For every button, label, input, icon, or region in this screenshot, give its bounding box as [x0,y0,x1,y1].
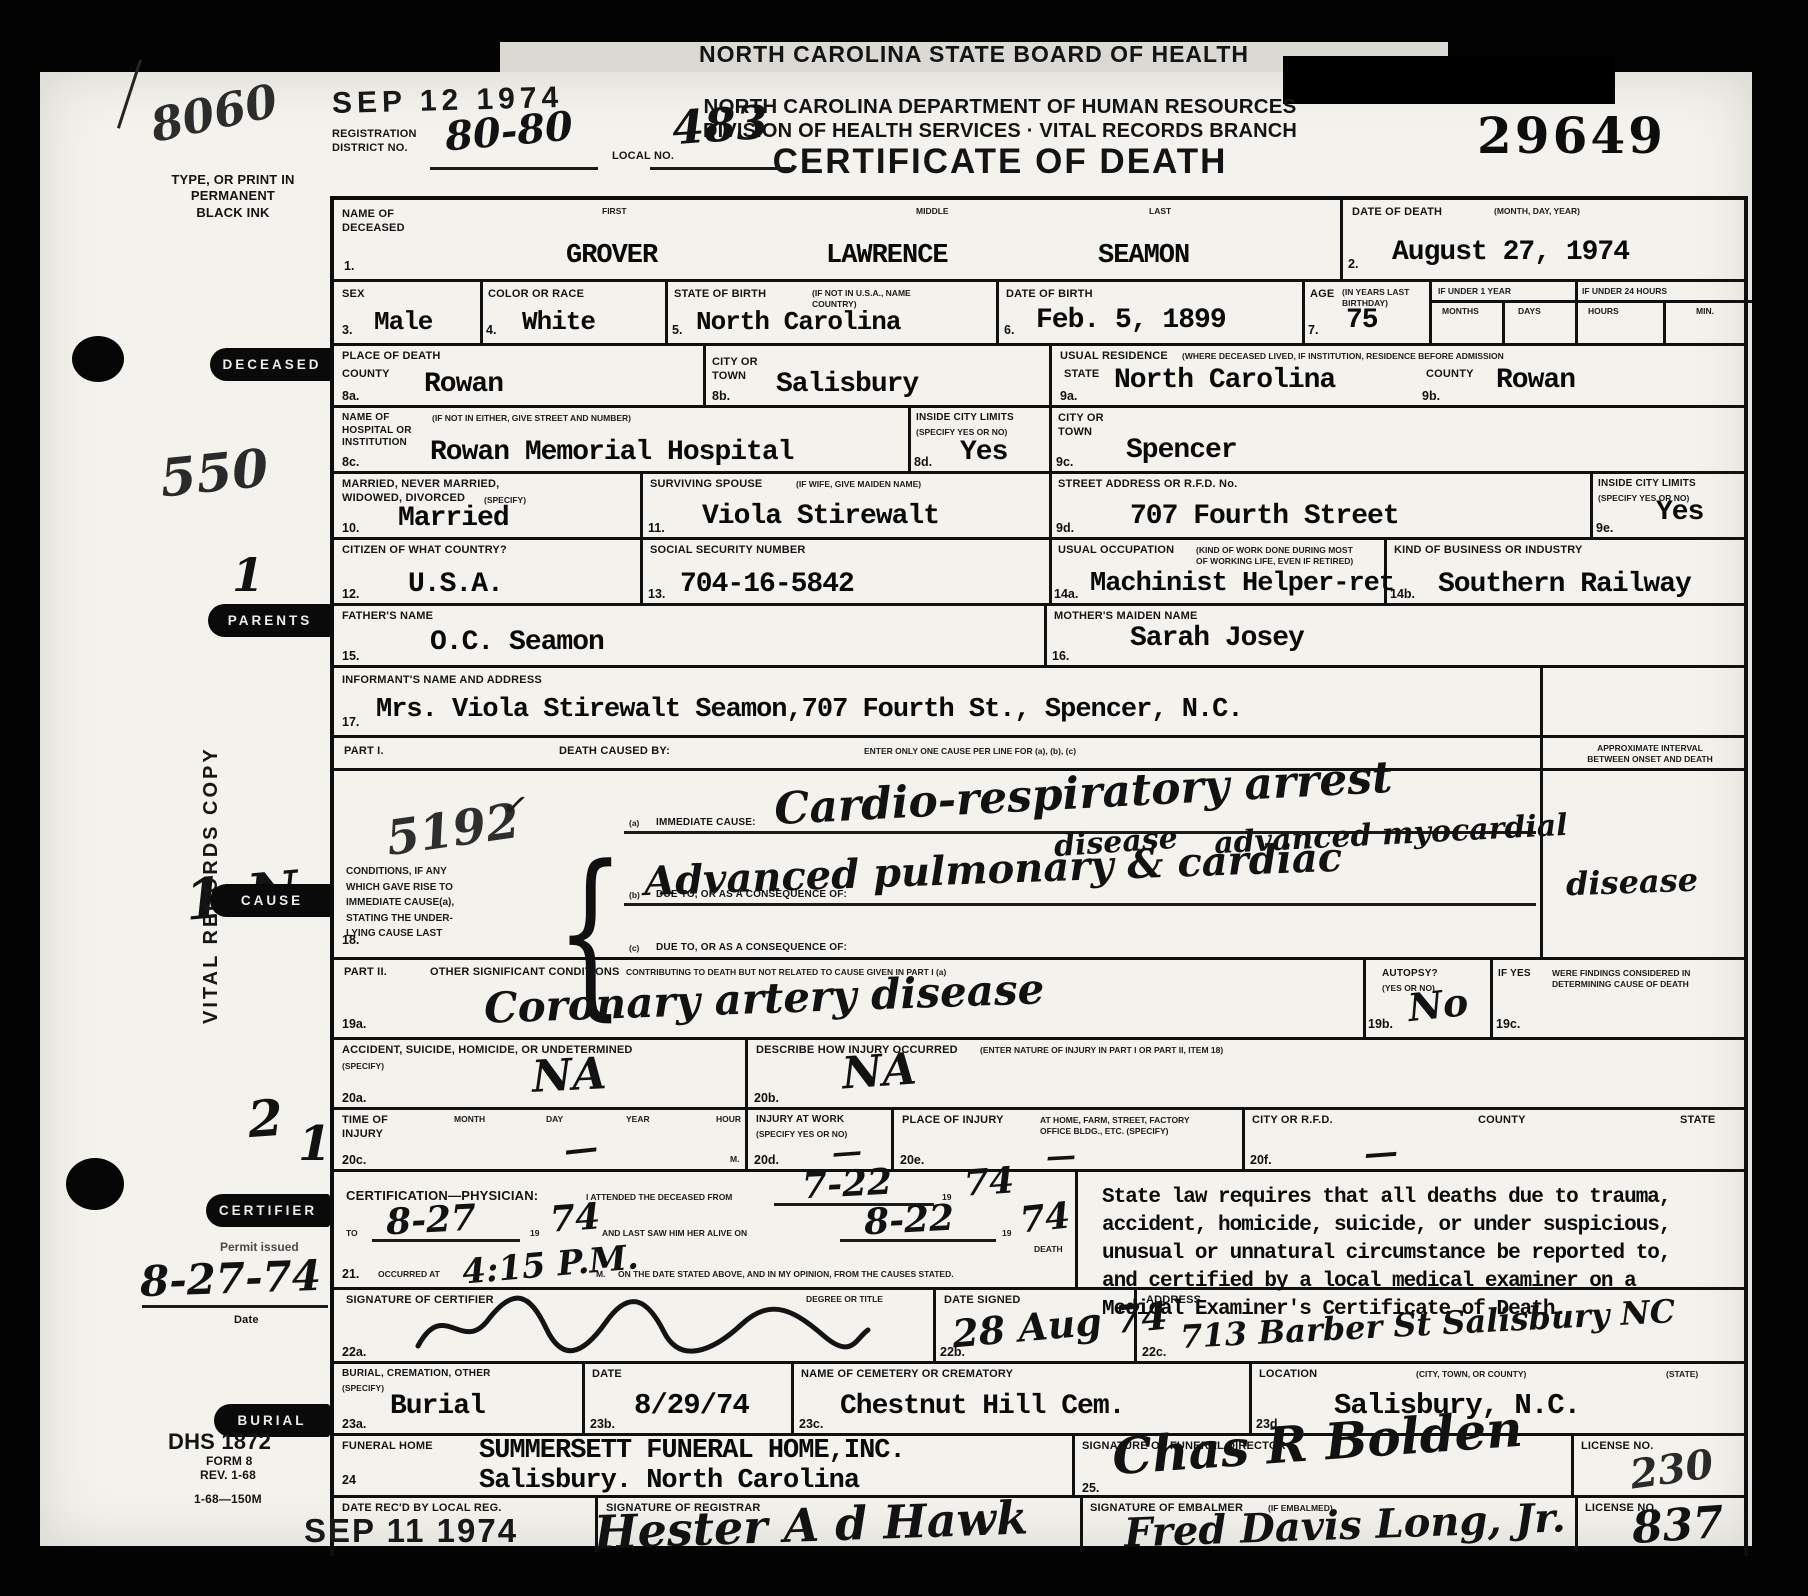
row-part2: PART II. OTHER SIGNIFICANT CONDITIONS CO… [334,960,1744,1040]
sex-label: SEX [342,288,365,302]
surviving-spouse-label: SURVIVING SPOUSE [650,478,762,492]
middle-label: MIDDLE [916,206,949,217]
local-no-underline [650,128,790,170]
cell-border [1044,606,1047,665]
row-funeral-home: FUNERAL HOME 24 SUMMERSETT FUNERAL HOME,… [334,1436,1744,1498]
occurred-at-value: 4:15 P.M. [461,1240,640,1289]
death-caused-by-label: DEATH CAUSED BY: [559,745,670,759]
if-under-1-year-label: IF UNDER 1 YEAR [1438,286,1511,297]
place-of-injury-label: PLACE OF INJURY [902,1114,1004,1128]
months-label: MONTHS [1442,306,1479,317]
cell-border [1429,282,1432,343]
item-8b-number: 8b. [712,390,730,403]
form-code-rev: REV. 1-68 [200,1468,256,1483]
hospital-sublabel: (IF NOT IN EITHER, GIVE STREET AND NUMBE… [432,413,631,424]
date-of-death-label: DATE OF DEATH [1352,206,1442,220]
item-1-number: 1. [344,260,354,273]
item-20c-number: 20c. [342,1154,366,1167]
type-print-note: TYPE, OR PRINT IN PERMANENT BLACK INK [150,172,316,221]
enter-one-cause-note: ENTER ONLY ONE CAUSE PER LINE FOR (a), (… [864,746,1076,757]
due-to-c-label: DUE TO, OR AS A CONSEQUENCE OF: [656,942,847,955]
item-8c-number: 8c. [342,456,359,469]
date-of-death-sublabel: (MONTH, DAY, YEAR) [1494,206,1580,217]
item-12-number: 12. [342,588,359,601]
describe-injury-sublabel: (ENTER NATURE OF INJURY IN PART I OR PAR… [980,1045,1223,1056]
injury-at-work-label: INJURY AT WORK [756,1114,844,1127]
burial-specify-sublabel: (SPECIFY) [342,1383,384,1394]
funeral-home-label: FUNERAL HOME [342,1440,433,1454]
last-name-value: SEAMON [1098,242,1189,272]
tab-deceased: DECEASED [210,348,334,381]
cell-border [1540,668,1543,735]
degree-or-title-label: DEGREE OR TITLE [806,1294,883,1305]
occupation-value: Machinist Helper-ret [1090,570,1394,600]
tab-cause: CAUSE [210,884,334,917]
item-9b-number: 9b. [1422,390,1440,403]
citizen-label: CITIZEN OF WHAT COUNTRY? [342,544,507,558]
inside-city-limits-9e-label: INSIDE CITY LIMITS [1598,478,1696,491]
cell-border [1075,1172,1078,1287]
race-value: White [522,308,595,337]
received-stamp-bottom: SEP 11 1974 [304,1514,518,1547]
conditions-note: CONDITIONS, IF ANY WHICH GAVE RISE TO IM… [346,864,454,942]
residence-county-value: Rowan [1496,366,1575,397]
cell-border [933,1290,936,1361]
item-2-number: 2. [1348,258,1358,271]
informant-value: Mrs. Viola Stirewalt Seamon,707 Fourth S… [376,696,1243,726]
industry-label: KIND OF BUSINESS OR INDUSTRY [1394,544,1583,558]
county-label: COUNTY [342,368,390,382]
cell-border [791,1364,794,1433]
middle-name-value: LAWRENCE [826,242,948,272]
part1-label: PART I. [344,745,384,759]
item-9e-number: 9e. [1596,522,1613,535]
fathers-name-value: O.C. Seamon [430,628,604,659]
item-14b-number: 14b. [1390,588,1415,601]
surviving-spouse-sublabel: (IF WIFE, GIVE MAIDEN NAME) [796,479,921,490]
date-of-death-value: August 27, 1974 [1392,238,1629,269]
row-informant: INFORMANT'S NAME AND ADDRESS 17. Mrs. Vi… [334,668,1744,738]
item-14a-number: 14a. [1054,588,1078,601]
vital-records-copy-label: VITAL RECORDS COPY [200,688,223,1024]
marital-status-label: MARRIED, NEVER MARRIED, WIDOWED, DIVORCE… [342,478,499,506]
item-19a-number: 19a. [342,1018,366,1031]
hospital-value: Rowan Memorial Hospital [430,438,793,469]
to-value: 8-27 [385,1200,477,1241]
autopsy-value: No [1406,983,1470,1027]
row-sex-race-birth: SEX 3. Male COLOR OR RACE 4. White STATE… [334,282,1744,346]
item-11-number: 11. [648,522,665,535]
burial-cremation-label: BURIAL, CREMATION, OTHER [342,1368,491,1381]
autopsy-label: AUTOPSY? [1382,968,1438,981]
certificate-form: NAME OF DECEASED FIRST MIDDLE LAST 1. GR… [330,196,1748,1556]
item-8d-number: 8d. [914,456,932,469]
residence-county-label: COUNTY [1426,368,1474,382]
city-or-town-label: CITY OR TOWN [712,356,758,384]
street-address-value: 707 Fourth Street [1130,502,1399,533]
accident-value: NA [531,1052,608,1100]
describe-injury-value: NA [841,1047,918,1096]
cell-border [1363,960,1366,1037]
location-label: LOCATION [1259,1368,1317,1382]
registration-underline [430,130,598,170]
residence-state-label: STATE [1064,368,1099,382]
other-conditions-label: OTHER SIGNIFICANT CONDITIONS [430,966,620,980]
item-19b-number: 19b. [1368,1018,1393,1031]
surviving-spouse-value: Viola Stirewalt [702,502,939,533]
inside-city-limits-8d-value: Yes [960,438,1007,469]
embalmer-signature: Fred Davis Long, Jr. [1123,1498,1566,1553]
item-4-number: 4. [486,324,496,337]
day-label: DAY [546,1114,563,1125]
item-7-number: 7. [1308,324,1318,337]
item-9a-number: 9a. [1060,390,1077,403]
cell-border [1571,1436,1574,1495]
margin-code-2: 2 [246,1093,284,1145]
first-name-value: GROVER [566,242,657,272]
marital-status-value: Married [398,504,509,535]
ssn-value: 704-16-5842 [680,570,854,601]
meridiem-label-2: M. [596,1269,605,1280]
margin-code-550: 550 [158,442,271,505]
last-saw-year: 74 [1018,1197,1072,1238]
item-22c-number: 22c. [1142,1346,1166,1359]
row-citizen-ssn: CITIZEN OF WHAT COUNTRY? 12. U.S.A. SOCI… [334,540,1744,606]
cell-border [1049,346,1052,405]
cell-border [745,1110,748,1169]
name-of-deceased-label: NAME OF DECEASED [342,208,405,236]
state-of-birth-label: STATE OF BIRTH [674,288,766,302]
sub-header-line [1429,300,1752,303]
injury-time-dash: — [562,1130,599,1167]
residence-city-value: Spencer [1126,436,1237,467]
injury-county-label: COUNTY [1478,1114,1526,1128]
cell-border [1302,282,1305,343]
cell-border [703,346,706,405]
mothers-maiden-name-label: MOTHER'S MAIDEN NAME [1054,610,1198,624]
part2-label: PART II. [344,966,387,980]
cell-border [996,282,999,343]
attended-from-year: 74 [963,1162,1015,1201]
funeral-home-value: SUMMERSETT FUNERAL HOME,INC. Salisbury. … [479,1436,905,1496]
embalmer-license-value: 837 [1631,1501,1726,1551]
cell-border [745,1040,748,1107]
item-24-number: 24 [342,1474,356,1487]
row-certifier-signature: SIGNATURE OF CERTIFIER 22a. DEGREE OR TI… [334,1290,1744,1364]
burial-date-value: 8/29/74 [634,1390,749,1422]
death-certificate-scan: NORTH CAROLINA STATE BOARD OF HEALTH SEP… [0,0,1808,1596]
death-city-value: Salisbury [776,370,918,401]
cell-border [1590,474,1593,537]
address-label: ADDRESS [1146,1294,1201,1308]
death-word-label: DEATH [1034,1244,1063,1255]
certifier-signature-scribble [404,1292,874,1360]
residence-city-label: CITY OR TOWN [1058,412,1104,440]
place-of-injury-dash: — [1045,1141,1077,1173]
ssn-label: SOCIAL SECURITY NUMBER [650,544,806,558]
cell-border [1502,300,1505,343]
occupation-sublabel: (KIND OF WORK DONE DURING MOST OF WORKIN… [1196,545,1353,566]
cell-border [1663,300,1666,343]
margin-code-1: 1 [232,552,264,598]
line-c-letter: (c) [629,943,639,954]
item-9c-number: 9c. [1056,456,1073,469]
hole-punch-top [72,336,124,382]
form-code-run: 1-68—150M [194,1492,262,1507]
street-address-label: STREET ADDRESS OR R.F.D. No. [1058,478,1237,492]
city-or-rfd-label: CITY OR R.F.D. [1252,1114,1333,1128]
row-injury-time: TIME OF INJURY MONTH DAY YEAR HOUR 20c. … [334,1110,1744,1172]
days-label: DAYS [1518,306,1541,317]
death-county-value: Rowan [424,370,503,401]
row-name: NAME OF DECEASED FIRST MIDDLE LAST 1. GR… [334,200,1744,282]
row-hospital: NAME OF HOSPITAL OR INSTITUTION (IF NOT … [334,408,1744,474]
state-of-birth-value: North Carolina [696,308,900,337]
cell-border [1072,1436,1075,1495]
margin-code-cert-1: 1 [298,1120,331,1168]
occurred-at-label: OCCURRED AT [378,1269,440,1280]
row-accident: ACCIDENT, SUICIDE, HOMICIDE, OR UNDETERM… [334,1040,1744,1110]
address-value: 713 Barber St Salisbury NC [1180,1295,1676,1353]
item-10-number: 10. [342,522,359,535]
item-20b-number: 20b. [754,1092,779,1105]
if-yes-label: IF YES [1498,968,1531,981]
form-code-dhs: DHS 1872 [168,1428,271,1456]
row-part1-cause: PART I. DEATH CAUSED BY: ENTER ONLY ONE … [334,738,1744,960]
cell-border [640,540,643,603]
date-of-birth-value: Feb. 5, 1899 [1036,306,1226,337]
cemetery-label: NAME OF CEMETERY OR CREMATORY [801,1368,1013,1382]
certificate-serial-number: 29649 [1477,106,1666,165]
industry-value: Southern Railway [1438,570,1691,601]
item-5-number: 5. [672,324,682,337]
item-16-number: 16. [1052,650,1069,663]
due-to-b-overflow-1: disease [1053,824,1179,863]
item-20a-number: 20a. [342,1092,366,1105]
first-label: FIRST [602,206,627,217]
month-label: MONTH [454,1114,485,1125]
cell-border [908,408,911,471]
cell-border [891,1110,894,1169]
year19-2: 19 [530,1228,539,1239]
residence-state-value: North Carolina [1114,366,1335,397]
sex-value: Male [374,308,432,337]
item-20e-number: 20e. [900,1154,924,1167]
hour-label: HOUR [716,1114,741,1125]
item-9d-number: 9d. [1056,522,1074,535]
to-year: 74 [549,1198,601,1237]
item-15-number: 15. [342,650,359,663]
check-mark: ✓ [499,784,531,825]
item-8a-number: 8a. [342,390,359,403]
item-21-number: 21. [342,1268,359,1281]
inside-city-limits-9e-value: Yes [1656,498,1703,529]
cell-border [1340,200,1343,279]
cemetery-value: Chestnut Hill Cem. [840,1392,1124,1423]
hours-label: HOURS [1588,306,1619,317]
row-place-of-death: PLACE OF DEATH COUNTY 8a. Rowan CITY OR … [334,346,1744,408]
approximate-interval-label: APPROXIMATE INTERVAL BETWEEN ONSET AND D… [1554,743,1746,764]
if-under-24-hours-label: IF UNDER 24 HOURS [1582,286,1667,297]
meridiem-label: M. [730,1154,739,1165]
cell-border [665,282,668,343]
year19-3: 19 [1002,1228,1011,1239]
item-25-number: 25. [1082,1482,1099,1495]
item-23b-number: 23b. [590,1418,615,1431]
injury-state-label: STATE [1680,1114,1715,1128]
accident-specify-sublabel: (SPECIFY) [342,1061,384,1072]
age-value: 75 [1346,306,1378,337]
date-word-label: Date [234,1314,259,1328]
informant-label: INFORMANT'S NAME AND ADDRESS [342,674,542,688]
row-parents: FATHER'S NAME 15. O.C. Seamon MOTHER'S M… [334,606,1744,668]
item-17-number: 17. [342,716,359,729]
last-saw-label: AND LAST SAW HIM HER ALIVE ON [602,1228,747,1239]
registration-district-label: REGISTRATION DISTRICT NO. [332,128,417,156]
occupation-label: USUAL OCCUPATION [1058,544,1174,558]
cell-border [1049,474,1052,537]
cell-border [640,474,643,537]
age-label: AGE [1310,288,1334,302]
due-to-b-overflow-3: disease [1565,864,1698,901]
year-label: YEAR [626,1114,650,1125]
to-label: TO [346,1228,358,1239]
inside-city-limits-8d-label: INSIDE CITY LIMITS [916,412,1014,425]
cell-border [1080,1498,1083,1552]
cell-border [582,1364,585,1433]
cell-border [1049,408,1052,471]
attended-from-label: I ATTENDED THE DECEASED FROM [586,1192,732,1203]
causes-stated-label: ON THE DATE STATED ABOVE, AND IN MY OPIN… [618,1269,954,1280]
citizen-value: U.S.A. [408,570,503,601]
cell-border [1242,1110,1245,1169]
item-23a-number: 23a. [342,1418,366,1431]
location-sublabel-2: (STATE) [1666,1369,1698,1380]
item-20d-number: 20d. [754,1154,779,1167]
director-license-value: 230 [1628,1444,1716,1495]
usual-residence-label: USUAL RESIDENCE [1060,350,1168,364]
mothers-maiden-name-value: Sarah Josey [1130,624,1304,655]
hospital-label: NAME OF HOSPITAL OR INSTITUTION [342,412,412,450]
item-3-number: 3. [342,324,352,337]
cell-border [1490,960,1493,1037]
form-code-form8: FORM 8 [206,1454,253,1469]
burial-date-label: DATE [592,1368,622,1382]
row-certification: CERTIFICATION—PHYSICIAN: I ATTENDED THE … [334,1172,1744,1290]
min-label: MIN. [1696,306,1714,317]
usual-residence-sublabel: (WHERE DECEASED LIVED, IF INSTITUTION, R… [1182,351,1504,362]
findings-label: WERE FINDINGS CONSIDERED IN DETERMINING … [1552,968,1690,989]
date-of-birth-label: DATE OF BIRTH [1006,288,1093,302]
cell-border [480,282,483,343]
item-20f-number: 20f. [1250,1154,1272,1167]
color-race-label: COLOR OR RACE [488,288,584,302]
injury-city-dash: — [1363,1135,1399,1171]
tab-parents: PARENTS [208,604,332,637]
last-label: LAST [1149,206,1171,217]
row-marital-spouse: MARRIED, NEVER MARRIED, WIDOWED, DIVORCE… [334,474,1744,540]
fathers-name-label: FATHER'S NAME [342,610,433,624]
item-23c-number: 23c. [799,1418,823,1431]
permit-date-underline [142,1268,328,1308]
last-saw-value: 8-22 [863,1200,955,1241]
cell-border [1049,540,1052,603]
time-of-injury-label: TIME OF INJURY [342,1114,388,1142]
cell-border [1575,1498,1578,1552]
location-sublabel-1: (CITY, TOWN, OR COUNTY) [1416,1369,1526,1380]
burial-value: Burial [390,1392,485,1423]
row-registrar: DATE REC'D BY LOCAL REG. SEP 11 1974 SIG… [334,1498,1744,1552]
tab-certifier: CERTIFIER [206,1194,330,1227]
item-18-number: 18. [342,934,359,947]
row-burial: BURIAL, CREMATION, OTHER (SPECIFY) 23a. … [334,1364,1744,1436]
cell-border [1575,282,1578,343]
item-22a-number: 22a. [342,1346,366,1359]
item-6-number: 6. [1004,324,1014,337]
place-of-death-label: PLACE OF DEATH [342,350,441,364]
registrar-signature: Hester A d Hawk [593,1494,1028,1555]
hole-punch-bottom [66,1158,124,1210]
place-of-injury-sublabel: AT HOME, FARM, STREET, FACTORY OFFICE BL… [1040,1115,1190,1136]
item-19c-number: 19c. [1496,1018,1520,1031]
item-13-number: 13. [648,588,665,601]
attended-from-value: 7-22 [801,1164,893,1205]
